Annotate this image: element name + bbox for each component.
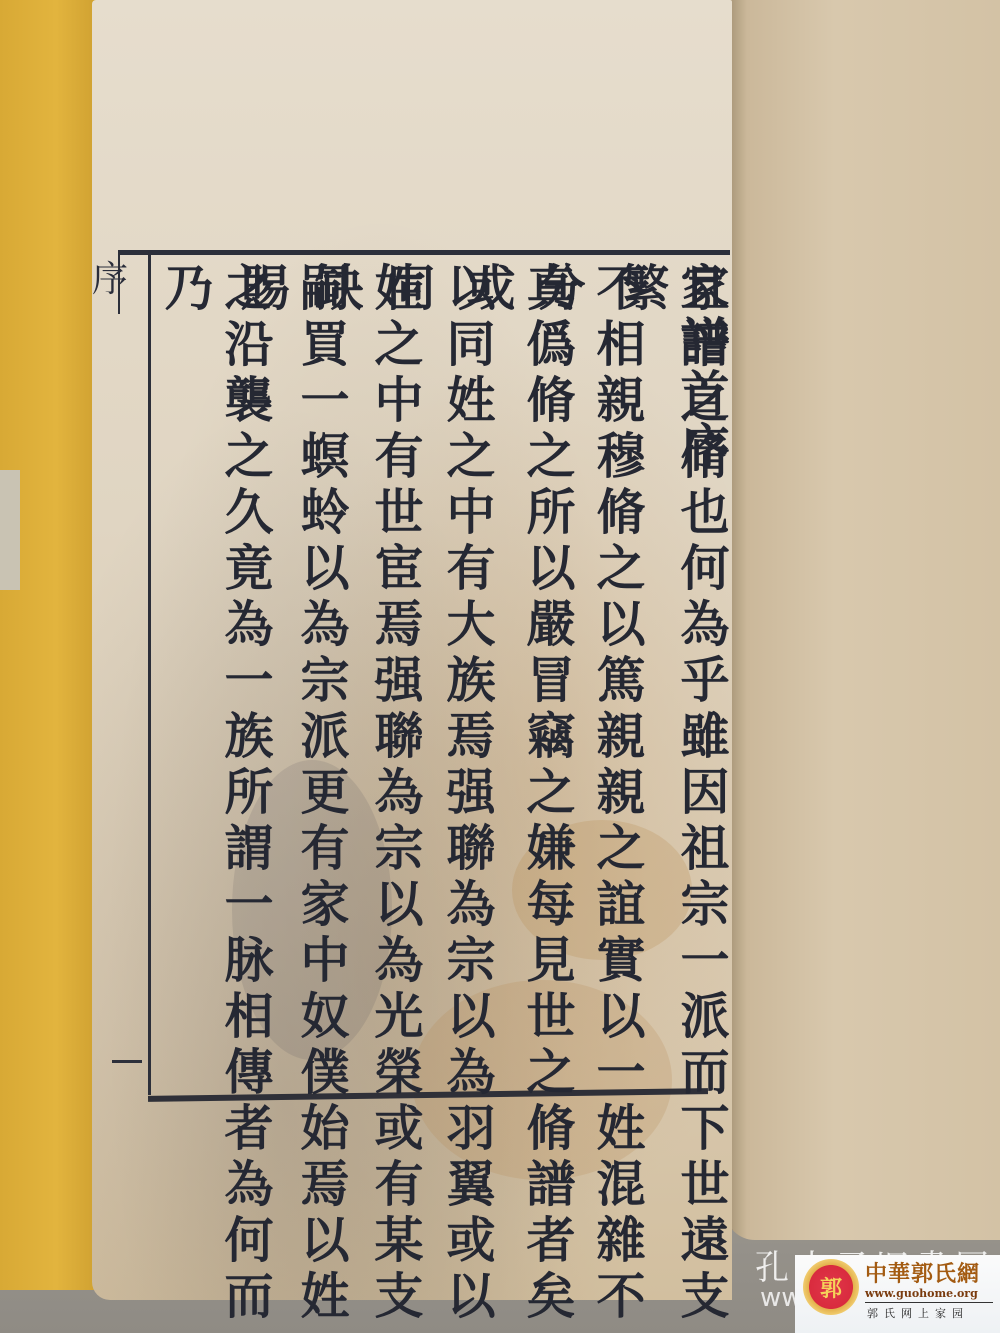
- margin-label: 序: [92, 260, 122, 300]
- text-column-7: 之沿襲之久竟為一族所謂一脉相傳者為何而乃: [156, 262, 276, 1333]
- site-name: 中華郭氏網: [865, 1257, 980, 1288]
- site-logo-badge: 郭 中華郭氏網 www.guohome.org 郭氏网上家园: [795, 1255, 1000, 1333]
- seal-glyph: 郭: [820, 1272, 842, 1303]
- badge-divider: [865, 1302, 993, 1303]
- paper-scrap: [0, 470, 20, 590]
- right-blank-page: [725, 0, 1000, 1240]
- fold-marker: [112, 1060, 142, 1063]
- border-top-rule: [118, 250, 730, 255]
- border-left-rule: [148, 255, 151, 1095]
- site-url: www.guohome.org: [865, 1287, 978, 1300]
- site-slogan: 郭氏网上家园: [867, 1305, 969, 1321]
- seal-icon: 郭: [803, 1259, 859, 1315]
